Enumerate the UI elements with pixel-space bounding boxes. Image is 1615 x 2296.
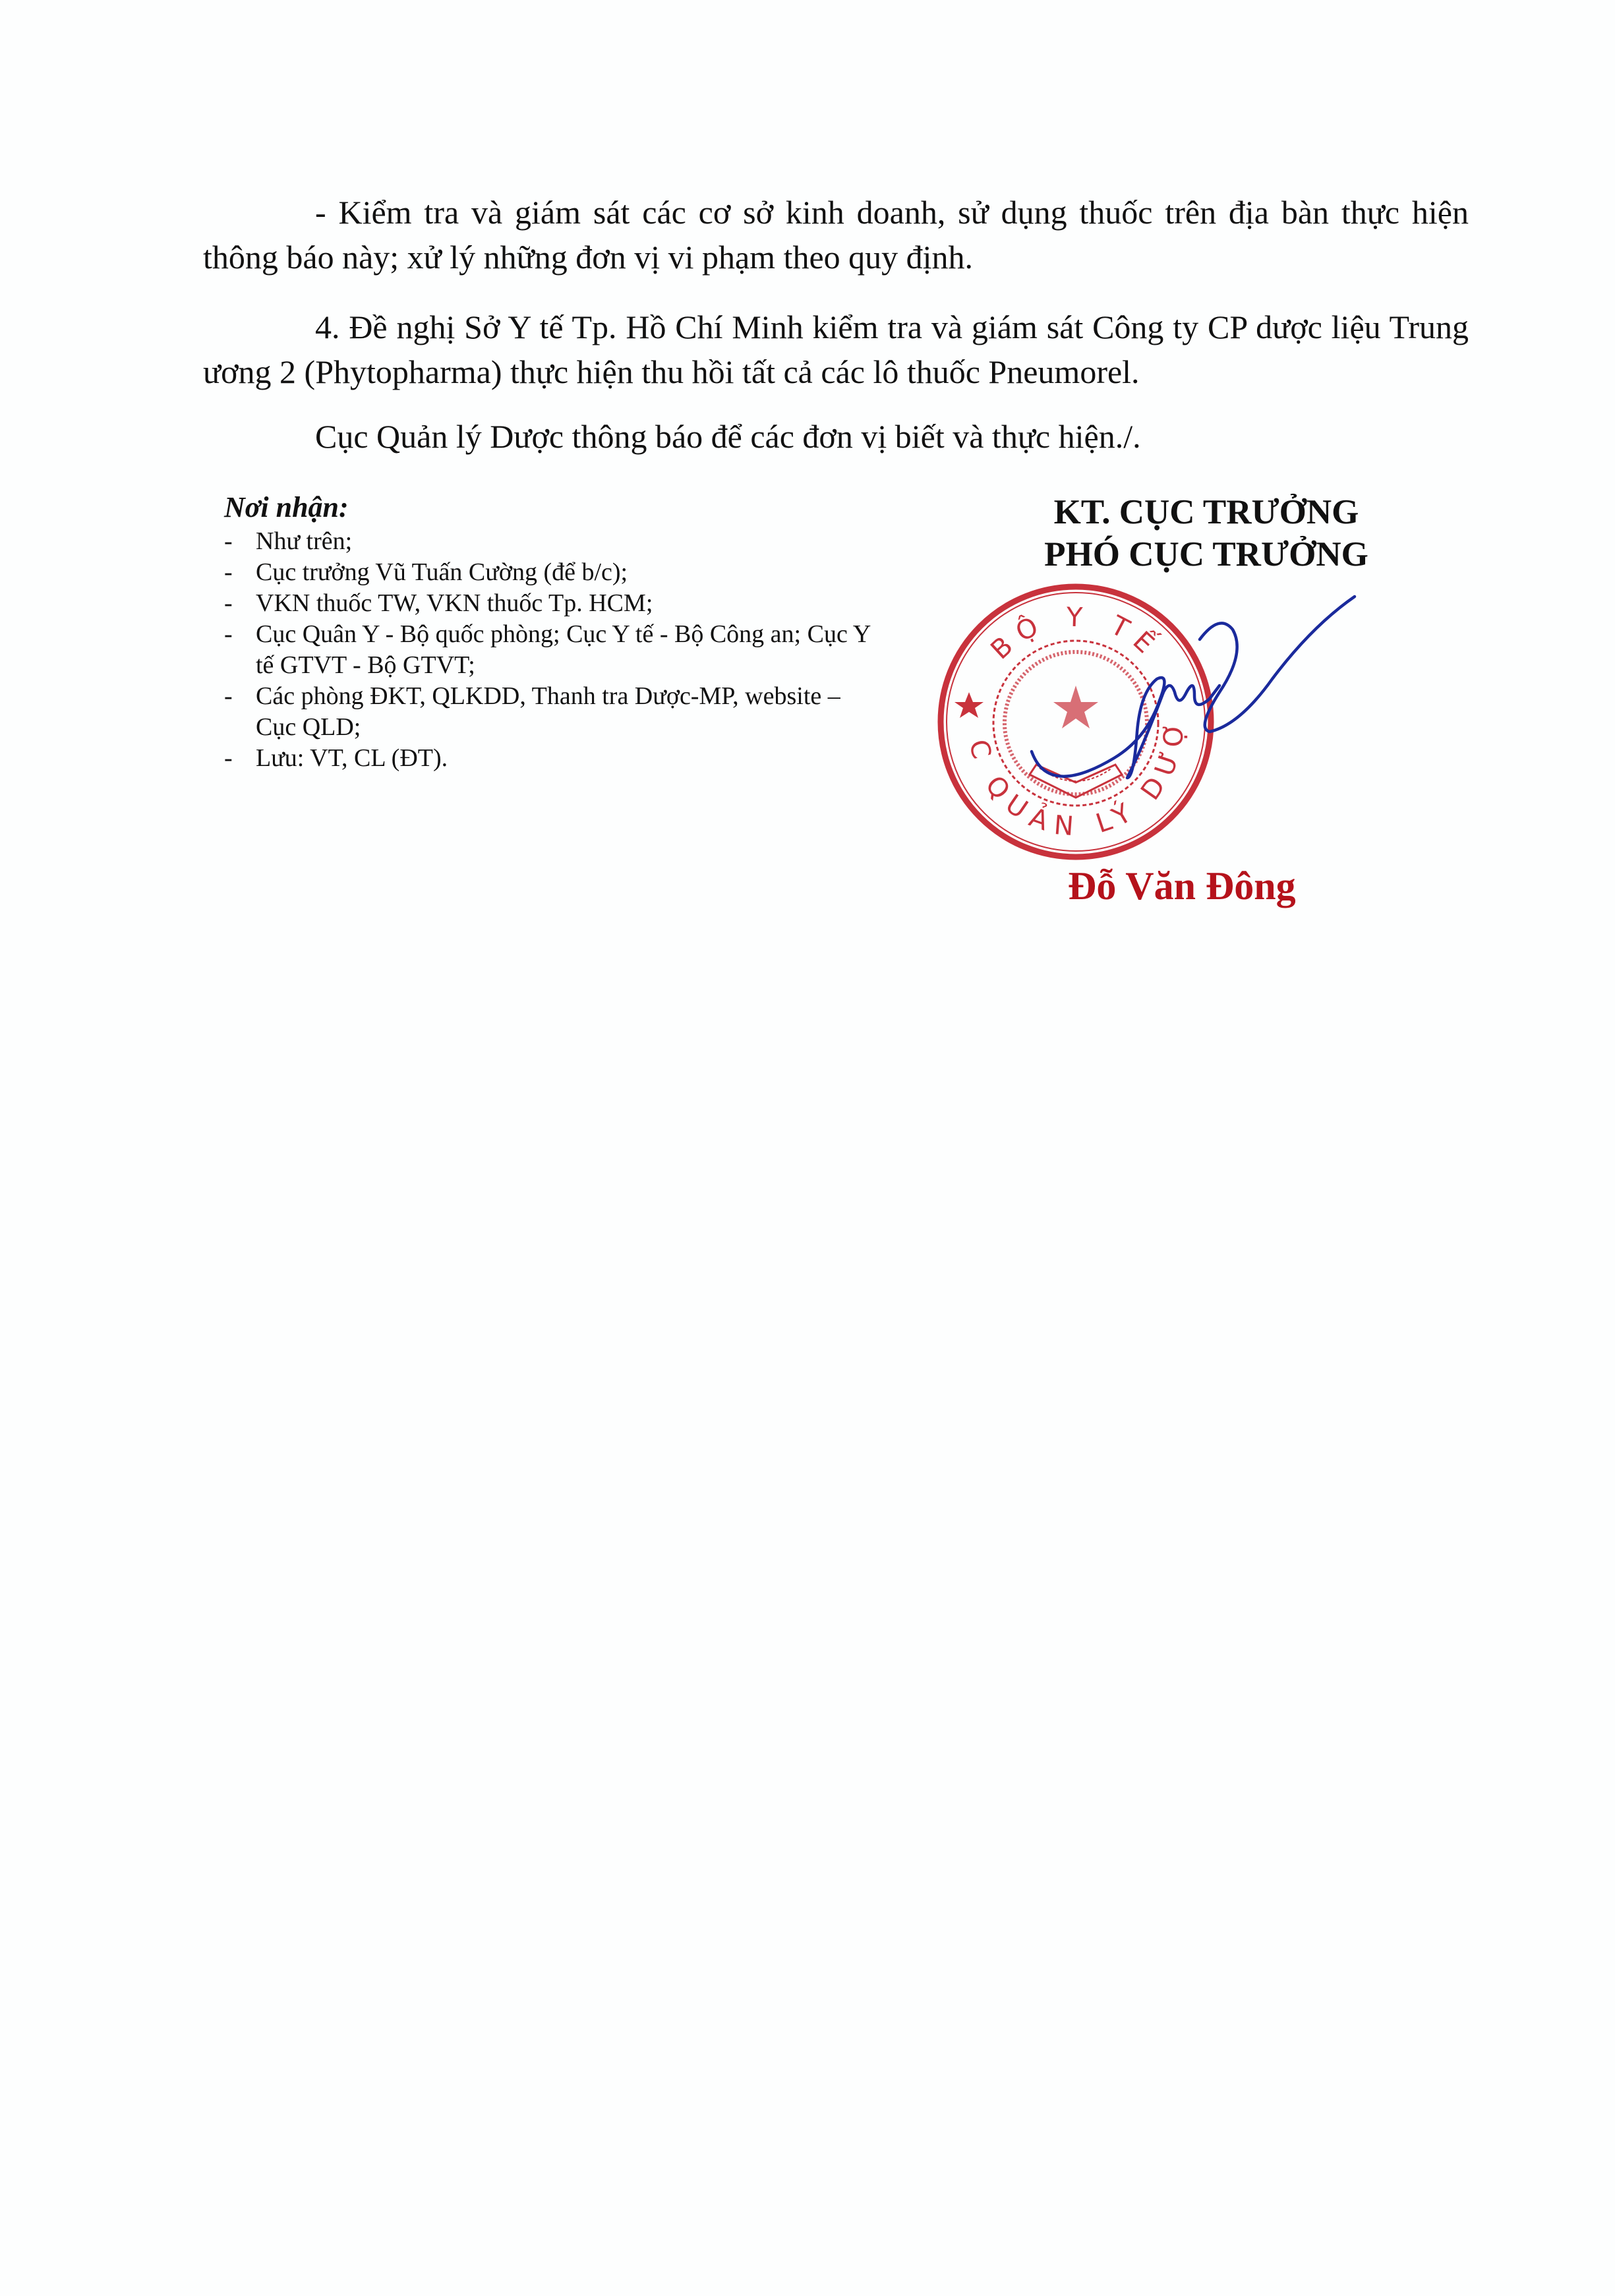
document-page: - Kiểm tra và giám sát các cơ sở kinh do… xyxy=(0,0,1615,2296)
recipient-item: Các phòng ĐKT, QLKDD, Thanh tra Dược-MP,… xyxy=(224,681,883,743)
signer-name: Đỗ Văn Đông xyxy=(1068,864,1296,909)
signer-authority-line: KT. CỤC TRƯỞNG xyxy=(976,491,1437,533)
body-paragraph-request: 4. Đề nghị Sở Y tế Tp. Hồ Chí Minh kiểm … xyxy=(203,305,1469,394)
recipient-item: VKN thuốc TW, VKN thuốc Tp. HCM; xyxy=(224,588,883,619)
recipient-item: Cục trưởng Vũ Tuấn Cường (để b/c); xyxy=(224,557,883,588)
handwritten-signature-icon xyxy=(1022,580,1365,798)
recipient-item: Cục Quân Y - Bộ quốc phòng; Cục Y tế - B… xyxy=(224,619,883,681)
body-paragraph-closing: Cục Quản lý Dược thông báo để các đơn vị… xyxy=(203,414,1469,459)
body-paragraph-inspection: - Kiểm tra và giám sát các cơ sở kinh do… xyxy=(203,190,1469,280)
recipients-section: Nơi nhận: Như trên; Cục trưởng Vũ Tuấn C… xyxy=(224,489,883,774)
recipients-title: Nơi nhận: xyxy=(224,489,883,526)
recipients-list: Như trên; Cục trưởng Vũ Tuấn Cường (để b… xyxy=(224,526,883,774)
paragraph-text: 4. Đề nghị Sở Y tế Tp. Hồ Chí Minh kiểm … xyxy=(203,309,1469,390)
paragraph-text: Cục Quản lý Dược thông báo để các đơn vị… xyxy=(315,418,1141,455)
signature-block: KT. CỤC TRƯỞNG PHÓ CỤC TRƯỞNG xyxy=(976,491,1437,575)
recipient-item: Như trên; xyxy=(224,526,883,557)
recipient-item: Lưu: VT, CL (ĐT). xyxy=(224,743,883,774)
paragraph-text: - Kiểm tra và giám sát các cơ sở kinh do… xyxy=(203,194,1469,276)
signer-position-line: PHÓ CỤC TRƯỞNG xyxy=(976,533,1437,575)
